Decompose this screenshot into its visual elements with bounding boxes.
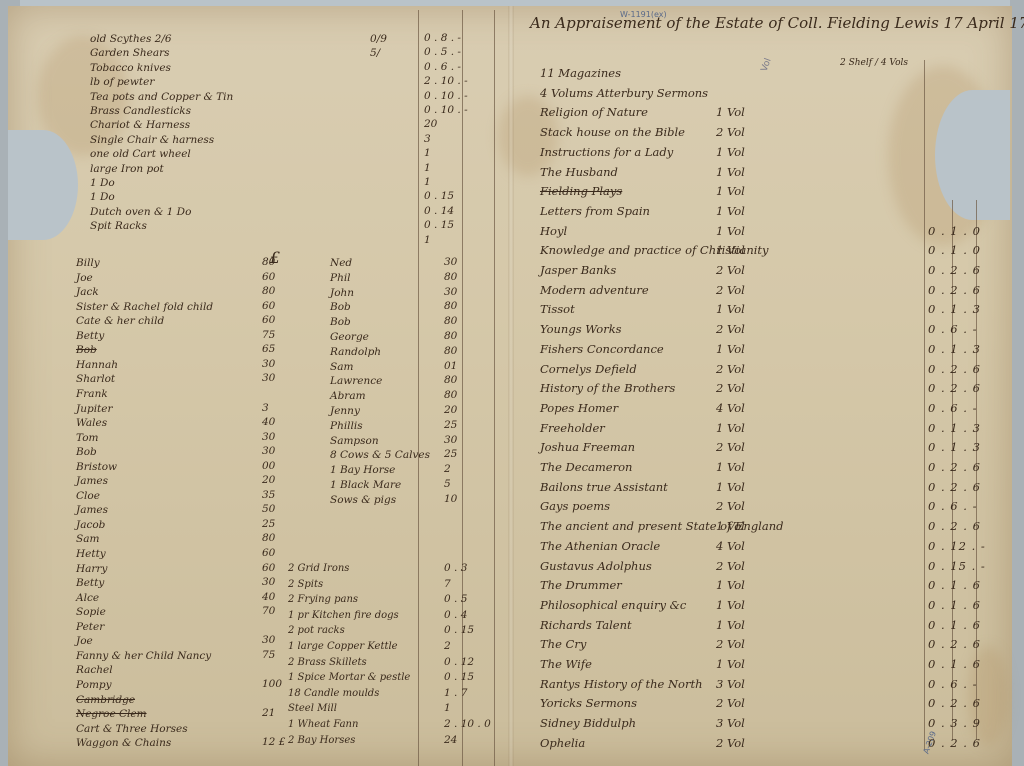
book-title: The Husband [540,165,618,179]
entry-value: 80 [444,389,457,401]
item-value: 1 [424,234,431,246]
item-name: 18 Candle moulds [288,687,379,701]
book-value: 0 . 6 . - [928,322,977,336]
entry-value: 30 [262,634,275,646]
entry-value: 60 [262,314,275,326]
ruling-line [924,60,925,750]
book-title: The Athenian Oracle [540,539,660,553]
item-name: 1 Do [90,176,115,190]
book-volumes: 2 Vol [716,440,745,454]
book-title: Hoyl [540,224,567,238]
item-name: Single Chair & harness [90,133,214,147]
entry-value: 75 [262,329,275,341]
entry-value: 5 [444,478,451,490]
entry-value: 2 [444,463,451,475]
entry-name: 1 Bay Horse [330,463,395,477]
book-value: 0 . 6 . - [928,401,977,415]
item-name: 2 Spits [288,578,323,592]
entry-value: 30 [262,358,275,370]
entry-value: 01 [444,360,457,372]
item-value: 1 . 7 [444,687,467,699]
entry-name: Rachel [76,663,113,677]
entry-value: 100 [262,678,282,690]
book-volumes: 1 Vol [716,165,745,179]
item-value: 3 [424,133,431,145]
entry-value: 60 [262,562,275,574]
book-title: The Wife [540,657,592,671]
entry-name: Pompy [76,678,112,692]
entry-name: Sampson [330,434,379,448]
item-name: large Iron pot [90,162,164,176]
entry-name: Jacob [76,518,105,532]
book-title: History of the Brothers [540,381,675,395]
entry-name: Alce [76,591,99,605]
book-title: The Cry [540,637,586,651]
book-title: Philosophical enquiry &c [540,598,686,612]
book-title: Freeholder [540,421,605,435]
book-title: Bailons true Assistant [540,480,668,494]
book-volumes: 1 Vol [716,243,745,257]
book-value: 0 . 1 . 3 [928,421,981,435]
entry-name: Hannah [76,358,118,372]
item-value: 7 [444,578,451,590]
entry-name: Phil [330,271,351,285]
entry-name: Betty [76,576,104,590]
entry-value: 60 [262,271,275,283]
book-title: Cornelys Defield [540,362,637,376]
book-value: 0 . 1 . 3 [928,440,981,454]
entry-value: 21 [262,707,275,719]
entry-value: 20 [444,404,457,416]
entry-value: 80 [444,374,457,386]
book-title: Instructions for a Lady [540,145,673,159]
entry-name: Jupiter [76,402,113,416]
entry-name: Joe [76,271,93,285]
item-value: 0 . 10 . - [424,104,468,116]
entry-value: 3 [262,402,269,414]
book-value: 0 . 6 . - [928,499,977,513]
entry-value: 80 [444,345,457,357]
book-title: Popes Homer [540,401,618,415]
book-value: 0 . 2 . 6 [928,480,981,494]
book-title: Fishers Concordance [540,342,664,356]
item-value: 0 . 15 [444,624,474,636]
entry-name: James [76,503,108,517]
item-name: Steel Mill [288,702,337,716]
book-value: 0 . 2 . 6 [928,696,981,710]
entry-value: 30 [262,576,275,588]
entry-name: Cloe [76,489,100,503]
entry-value: 80 [262,285,275,297]
book-volumes: 2 Vol [716,381,745,395]
book-title: Letters from Spain [540,204,650,218]
book-value: 0 . 12 . - [928,539,986,553]
book-title: Jasper Banks [540,263,616,277]
entry-value: 50 [262,503,275,515]
item-name: Brass Candlesticks [90,104,191,118]
book-volumes: 2 Vol [716,559,745,573]
item-value: 0 . 8 . - [424,32,461,44]
entry-value: 80 [262,532,275,544]
entry-value: 25 [444,448,457,460]
entry-name: Betty [76,329,104,343]
book-title: Sidney Biddulph [540,716,636,730]
book-title: Gays poems [540,499,610,513]
book-volumes: 1 Vol [716,145,745,159]
entry-value: 80 [444,300,457,312]
entry-value: 30 [444,286,457,298]
book-title: Ophelia [540,736,585,750]
entry-name: 1 Black Mare [330,478,401,492]
book-volumes: 2 Vol [716,322,745,336]
book-volumes: 1 Vol [716,578,745,592]
entry-name: George [330,330,369,344]
entry-name: Negroe Clem [76,707,147,721]
item-name: 1 Spice Mortar & pestle [288,671,410,685]
book-value: 0 . 2 . 6 [928,381,981,395]
entry-name: Sows & pigs [330,493,396,507]
book-volumes: 2 Vol [716,696,745,710]
book-title: Rantys History of the North [540,677,703,691]
book-value: 0 . 1 . 6 [928,578,981,592]
book-volumes: 3 Vol [716,677,745,691]
item-value: 0 . 6 . - [424,61,461,73]
item-value: 0 . 3 [444,562,467,574]
item-name: Spit Racks [90,219,147,233]
entry-value: 10 [444,493,457,505]
entry-name: Cart & Three Horses [76,722,188,736]
item-value: 0 . 12 [444,656,474,668]
entry-name: Bob [76,445,97,459]
entry-name: Abram [330,389,366,403]
entry-name: Ned [330,256,352,270]
book-value: 0 . 1 . 6 [928,598,981,612]
book-title: The ancient and present State of England [540,519,783,533]
entry-name: Cambridge [76,693,135,707]
book-volumes: 1 Vol [716,480,745,494]
entry-value: 30 [444,434,457,446]
item-value: 1 [424,162,431,174]
item-value: 24 [444,734,457,746]
item-name: 2 pot racks [288,624,345,638]
book-value: 0 . 6 . - [928,677,977,691]
book-volumes: 2 Vol [716,263,745,277]
book-title: Modern adventure [540,283,649,297]
entry-name: Peter [76,620,104,634]
book-value: 0 . 1 . 0 [928,243,981,257]
book-title: Youngs Works [540,322,622,336]
entry-value: 00 [262,460,275,472]
entry-name: Phillis [330,419,363,433]
entry-name: John [330,286,354,300]
book-volumes: 1 Vol [716,618,745,632]
entry-name: Sopie [76,605,106,619]
book-volumes: 4 Vol [716,539,745,553]
book-volumes: 1 Vol [716,460,745,474]
entry-name: Lawrence [330,374,382,388]
entry-name: Waggon & Chains [76,736,171,750]
book-volumes: 1 Vol [716,598,745,612]
entry-value: 60 [262,300,275,312]
entry-name: Bristow [76,460,117,474]
currency-symbol: £ [270,248,280,267]
item-name: Dutch oven & 1 Do [90,205,191,219]
entry-name: Sam [76,532,99,546]
entry-name: Randolph [330,345,381,359]
entry-name: Sam [330,360,353,374]
ruling-line [462,10,463,766]
item-value: 0 . 10 . - [424,90,468,102]
item-name: 2 Bay Horses [288,734,355,748]
book-volumes: 1 Vol [716,224,745,238]
item-name: lb of pewter [90,75,154,89]
entry-name: Jack [76,285,99,299]
book-volumes: 1 Vol [716,657,745,671]
item-value: 0 . 15 [444,671,474,683]
entry-name: Billy [76,256,100,270]
item-name: Garden Shears [90,46,170,60]
book-value: 0 . 1 . 6 [928,657,981,671]
book-title: The Decameron [540,460,632,474]
torn-edge-right [935,90,1010,220]
item-value: 2 [444,640,451,652]
ruling-line [494,10,495,766]
book-title: Religion of Nature [540,105,648,119]
book-volumes: 2 Vol [716,637,745,651]
item-value: 1 [424,176,431,188]
entry-value: 80 [444,330,457,342]
book-volumes: 1 Vol [716,184,745,198]
item-value: 20 [424,118,437,130]
item-name: Chariot & Harness [90,118,190,132]
book-title: Yoricks Sermons [540,696,637,710]
entry-name: Joe [76,634,93,648]
book-volumes: 2 Vol [716,125,745,139]
book-value: 0 . 1 . 6 [928,618,981,632]
book-value: 0 . 1 . 3 [928,302,981,316]
book-value: 0 . 2 . 6 [928,362,981,376]
book-title: 11 Magazines [540,66,621,80]
book-volumes: 3 Vol [716,716,745,730]
item-value: 0 . 4 [444,609,467,621]
entry-name: Sharlot [76,372,115,386]
book-title: Richards Talent [540,618,632,632]
entry-value: 70 [262,605,275,617]
book-volumes: 2 Vol [716,499,745,513]
item-note: 5/ [370,46,380,60]
book-title: Gustavus Adolphus [540,559,652,573]
book-volumes: 1 Vol [716,105,745,119]
entry-value: 30 [444,256,457,268]
book-value: 0 . 2 . 6 [928,283,981,297]
item-name: 1 Do [90,190,115,204]
entry-value: 25 [444,419,457,431]
item-name: 2 Frying pans [288,593,358,607]
book-value: 0 . 2 . 6 [928,460,981,474]
entry-name: Tom [76,431,98,445]
book-volumes: 1 Vol [716,204,745,218]
entry-value: 25 [262,518,275,530]
item-value: 1 [444,702,451,714]
book-title: The Drummer [540,578,622,592]
entry-value: 80 [444,315,457,327]
book-volumes: 1 Vol [716,302,745,316]
entry-value: 80 [444,271,457,283]
torn-edge-left [8,130,78,240]
ruling-line [418,10,419,766]
center-fold [508,6,514,766]
column-note: 2 Shelf / 4 Vols [840,58,908,68]
item-value: 1 [424,147,431,159]
book-volumes: 2 Vol [716,283,745,297]
book-value: 0 . 2 . 6 [928,519,981,533]
entry-name: James [76,474,108,488]
book-value: 0 . 15 . - [928,559,986,573]
book-title: Fielding Plays [540,184,622,198]
item-name: 2 Brass Skillets [288,656,367,670]
item-value: 0 . 14 [424,205,454,217]
book-volumes: 2 Vol [716,736,745,750]
item-value: 2 . 10 . 0 [444,718,491,730]
item-name: Tea pots and Copper & Tin [90,90,233,104]
entry-value: 30 [262,431,275,443]
book-value: 0 . 3 . 9 [928,716,981,730]
item-note: 0/9 [370,32,387,46]
book-volumes: 4 Vol [716,401,745,415]
book-title: Tissot [540,302,575,316]
entry-name: Bob [330,315,351,329]
book-title: 4 Volums Atterbury Sermons [540,86,708,100]
item-name: 1 Wheat Fann [288,718,358,732]
book-volumes: 2 Vol [716,362,745,376]
entry-name: Sister & Rachel fold child [76,300,213,314]
item-name: 2 Grid Irons [288,562,349,576]
entry-name: Cate & her child [76,314,164,328]
entry-name: Hetty [76,547,106,561]
item-value: 0 . 5 . - [424,46,461,58]
book-title: Stack house on the Bible [540,125,685,139]
item-value: 0 . 5 [444,593,467,605]
entry-name: Bob [330,300,351,314]
entry-value: 40 [262,591,275,603]
book-value: 0 . 1 . 3 [928,342,981,356]
item-value: 0 . 15 [424,190,454,202]
book-title: Joshua Freeman [540,440,635,454]
entry-name: Jenny [330,404,360,418]
entry-value: 60 [262,547,275,559]
item-name: 1 pr Kitchen fire dogs [288,609,399,623]
entry-value: 40 [262,416,275,428]
book-volumes: 1 Vol [716,519,745,533]
item-value: 0 . 15 [424,219,454,231]
item-name: old Scythes 2/6 [90,32,172,46]
book-value: 0 . 2 . 6 [928,263,981,277]
book-value: 0 . 1 . 0 [928,224,981,238]
entry-value: 35 [262,489,275,501]
item-name: one old Cart wheel [90,147,191,161]
book-value: 0 . 2 . 6 [928,637,981,651]
entry-value: 30 [262,372,275,384]
entry-value: 65 [262,343,275,355]
entry-name: 8 Cows & 5 Calves [330,448,430,462]
entry-name: Frank [76,387,108,401]
entry-value: 12 £ [262,736,285,748]
entry-value: 75 [262,649,275,661]
entry-name: Wales [76,416,107,430]
item-value: 2 . 10 . - [424,75,468,87]
entry-name: Harry [76,562,107,576]
document-title: An Appraisement of the Estate of Coll. F… [530,14,1024,32]
book-value: 0 . 2 . 6 [928,736,981,750]
entry-name: Fanny & her Child Nancy [76,649,211,663]
book-volumes: 1 Vol [716,342,745,356]
item-name: Tobacco knives [90,61,171,75]
book-volumes: 1 Vol [716,421,745,435]
item-name: 1 large Copper Kettle [288,640,398,654]
entry-value: 30 [262,445,275,457]
entry-name: Bob [76,343,97,357]
entry-value: 20 [262,474,275,486]
